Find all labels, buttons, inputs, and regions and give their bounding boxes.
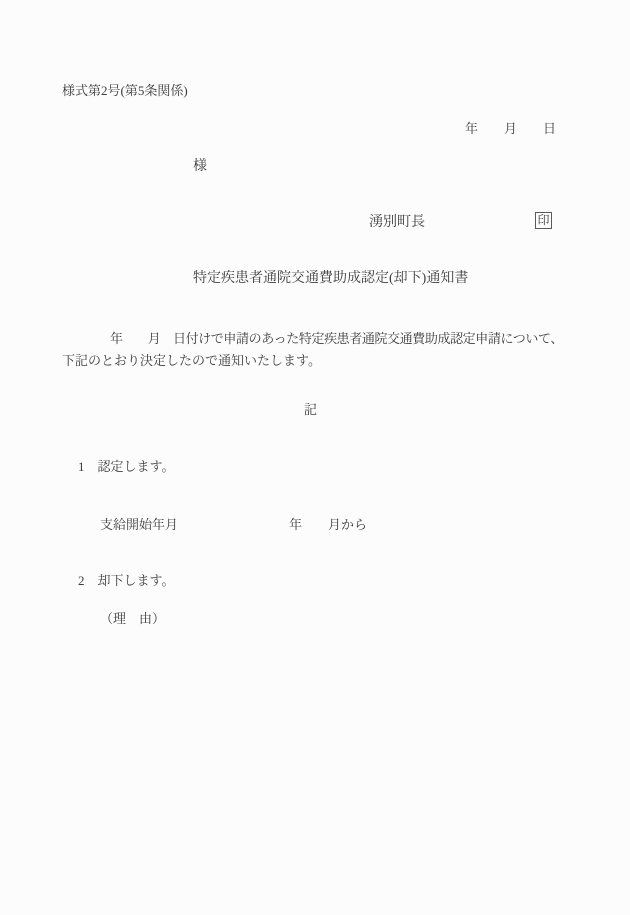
recipient-suffix: 様: [193, 158, 207, 176]
body-paragraph-line-2: 下記のとおり決定したので通知いたします。: [62, 353, 321, 369]
issue-date-line: 年 月 日: [465, 121, 556, 137]
issuer-title: 湧別町長: [369, 214, 425, 232]
official-seal-icon: 印: [535, 212, 552, 229]
document-title: 特定疾患者通院交通費助成認定(却下)通知書: [193, 270, 468, 288]
item-2-rejected: 2 却下します。: [78, 573, 174, 589]
record-marker: 記: [304, 402, 317, 418]
payment-start-label: 支給開始年月: [100, 517, 178, 533]
form-number: 様式第2号(第5条関係): [62, 83, 188, 99]
payment-start-value: 年 月から: [289, 517, 367, 533]
reason-label: （理 由）: [100, 611, 165, 627]
body-paragraph-line-1: 年 月 日付けで申請のあった特定疾患者通院交通費助成認定申請について、: [110, 331, 563, 347]
document-page: 様式第2号(第5条関係) 年 月 日 様 湧別町長 印 特定疾患者通院交通費助成…: [0, 0, 630, 915]
item-1-approved: 1 認定します。: [78, 459, 174, 475]
